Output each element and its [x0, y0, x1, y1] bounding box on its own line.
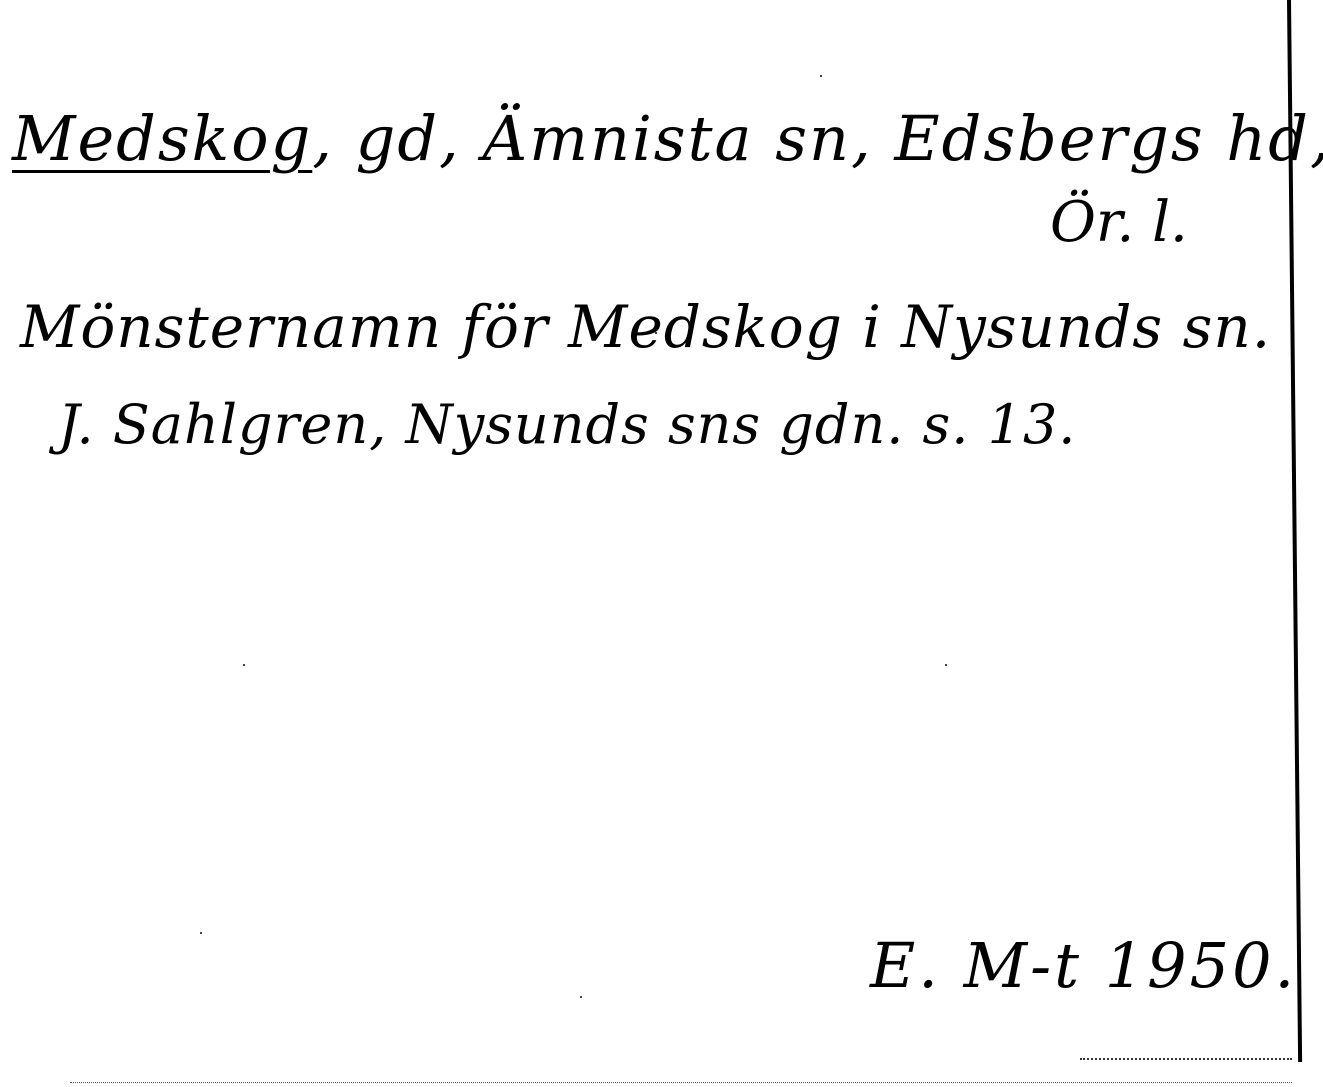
entry-note-line: Mönsternamn för Medskog i Nysunds sn.	[20, 298, 1271, 356]
scan-speck	[655, 332, 657, 334]
signature: E. M-t 1950.	[870, 935, 1297, 997]
index-card: Medskog, gd, Ämnista sn, Edsbergs hd, Ör…	[0, 0, 1323, 1087]
card-bottom-edge-right	[1080, 1058, 1292, 1060]
entry-heading-line: Medskog, gd, Ämnista sn, Edsbergs hd,	[12, 108, 1323, 170]
headword: Medskog	[12, 102, 312, 175]
scan-speck	[820, 75, 822, 77]
entry-source-line: J. Sahlgren, Nysunds sns gdn. s. 13.	[58, 398, 1076, 452]
scan-speck	[243, 664, 245, 666]
scan-speck	[945, 664, 947, 666]
entry-province: Ör. l.	[1050, 195, 1188, 251]
scan-speck	[580, 996, 582, 998]
scan-speck	[200, 932, 202, 934]
card-bottom-edge	[70, 1082, 1292, 1083]
entry-location: , gd, Ämnista sn, Edsbergs hd,	[312, 102, 1323, 175]
